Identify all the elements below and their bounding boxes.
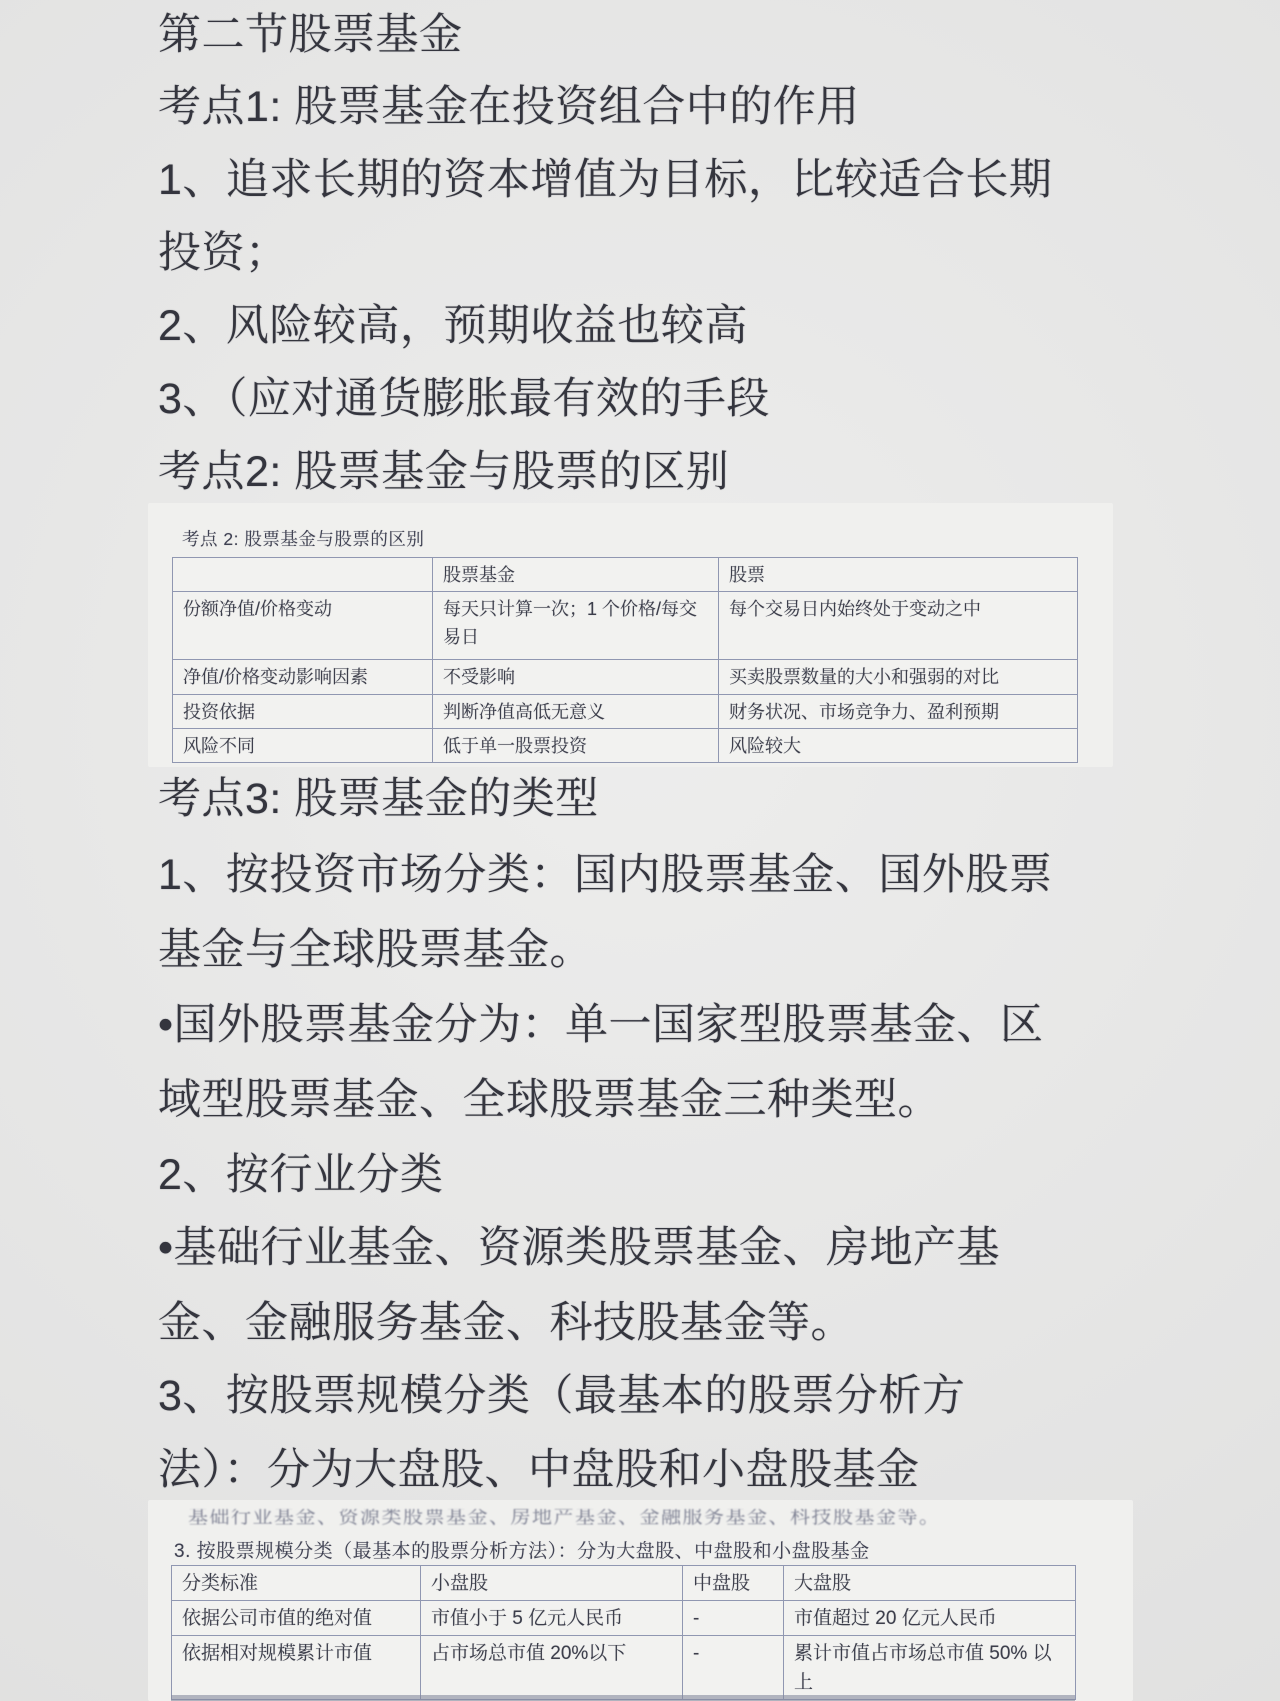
table-row: 依据公司市值的绝对值 市值小于 5 亿元人民币 - 市值超过 20 亿元人民币	[172, 1601, 1076, 1636]
fund-vs-stock-table: 股票基金 股票 份额净值/价格变动 每天只计算一次；1 个价格/每交易日 每个交…	[172, 557, 1078, 763]
table-header-cell: 股票基金	[433, 558, 719, 592]
table-cell: 每个交易日内始终处于变动之中	[719, 592, 1078, 660]
table-cell: 依据公司市值的绝对值	[172, 1601, 421, 1636]
table-cell: 投资依据	[173, 695, 433, 729]
table-cell: 依据相对规模累计市值	[172, 1636, 421, 1700]
table-row: 风险不同 低于单一股票投资 风险较大	[173, 729, 1078, 763]
table1-caption: 考点 2: 股票基金与股票的区别	[182, 526, 424, 551]
table-header-cell: 大盘股	[784, 1566, 1076, 1601]
table-cell: 买卖股票数量的大小和强弱的对比	[719, 660, 1078, 695]
table-cell: -	[683, 1636, 784, 1700]
table-header-cell: 股票	[719, 558, 1078, 592]
table-row: 投资依据 判断净值高低无意义 财务状况、市场竞争力、盈利预期	[173, 695, 1078, 729]
heading-kaodian-1: 考点1: 股票基金在投资组合中的作用	[158, 80, 860, 134]
heading-kaodian-3: 考点3: 股票基金的类型	[158, 772, 599, 826]
table-header-cell: 中盘股	[683, 1566, 784, 1601]
clipped-text: 基础行业基金、资源类股票基金、房地产基金、金融服务基金、科技股基金等。	[188, 1509, 1033, 1525]
body-line: 金、金融服务基金、科技股基金等。	[158, 1296, 854, 1350]
body-line: 3、按股票规模分类（最基本的股票分析方	[158, 1369, 965, 1423]
table-cell: 财务状况、市场竞争力、盈利预期	[719, 695, 1078, 729]
table-cell: 风险不同	[173, 729, 433, 763]
clipped-text-line: 基础行业基金、资源类股票基金、房地产基金、金融服务基金、科技股基金等。	[188, 1509, 1033, 1525]
table-cell: 份额净值/价格变动	[173, 592, 433, 660]
table-cell: 不受影响	[433, 660, 719, 695]
body-line: •基础行业基金、资源类股票基金、房地产基	[158, 1221, 1000, 1275]
table-row: 分类标准 小盘股 中盘股 大盘股	[172, 1566, 1076, 1601]
section-title: 第二节股票基金	[158, 8, 463, 62]
table-cell: 净值/价格变动影响因素	[173, 660, 433, 695]
body-line: 2、风险较高，预期收益也较高	[158, 299, 748, 353]
heading-kaodian-2: 考点2: 股票基金与股票的区别	[158, 445, 729, 499]
table2-caption: 3. 按股票规模分类（最基本的股票分析方法）：分为大盘股、中盘股和小盘股基金	[174, 1536, 870, 1563]
table-row: 股票基金 股票	[173, 558, 1078, 592]
table-row: 净值/价格变动影响因素 不受影响 买卖股票数量的大小和强弱的对比	[173, 660, 1078, 695]
table-header-cell: 分类标准	[172, 1566, 421, 1601]
body-line: 法）：分为大盘股、中盘股和小盘股基金	[158, 1443, 920, 1497]
body-line: 域型股票基金、全球股票基金三种类型。	[158, 1073, 941, 1127]
table-cell: 市值超过 20 亿元人民币	[784, 1601, 1076, 1636]
table-header-cell: 小盘股	[421, 1566, 683, 1601]
table-cell: 每天只计算一次；1 个价格/每交易日	[433, 592, 719, 660]
table-cell: -	[683, 1601, 784, 1636]
table-cell: 风险较大	[719, 729, 1078, 763]
body-line: 1、按投资市场分类：国内股票基金、国外股票	[158, 848, 1052, 902]
body-line: 1、追求长期的资本增值为目标，比较适合长期	[158, 153, 1052, 207]
stock-size-table: 分类标准 小盘股 中盘股 大盘股 依据公司市值的绝对值 市值小于 5 亿元人民币…	[171, 1565, 1076, 1700]
table-cell: 占市场总市值 20%以下	[421, 1636, 683, 1700]
body-line: 2、按行业分类	[158, 1148, 443, 1202]
body-line: 基金与全球股票基金。	[158, 923, 593, 977]
body-line: •国外股票基金分为：单一国家型股票基金、区	[158, 998, 1044, 1052]
table-row: 依据相对规模累计市值 占市场总市值 20%以下 - 累计市值占市场总市值 50%…	[172, 1636, 1076, 1700]
table-cell: 判断净值高低无意义	[433, 695, 719, 729]
table-cutoff-strip	[171, 1695, 1075, 1701]
body-line: 投资；	[158, 226, 289, 280]
body-line: 3、（应对通货膨胀最有效的手段	[158, 372, 770, 426]
table-cell: 低于单一股票投资	[433, 729, 719, 763]
table-cell: 累计市值占市场总市值 50% 以上	[784, 1636, 1076, 1700]
table-header-cell	[173, 558, 433, 592]
table-cell: 市值小于 5 亿元人民币	[421, 1601, 683, 1636]
table-row: 份额净值/价格变动 每天只计算一次；1 个价格/每交易日 每个交易日内始终处于变…	[173, 592, 1078, 660]
